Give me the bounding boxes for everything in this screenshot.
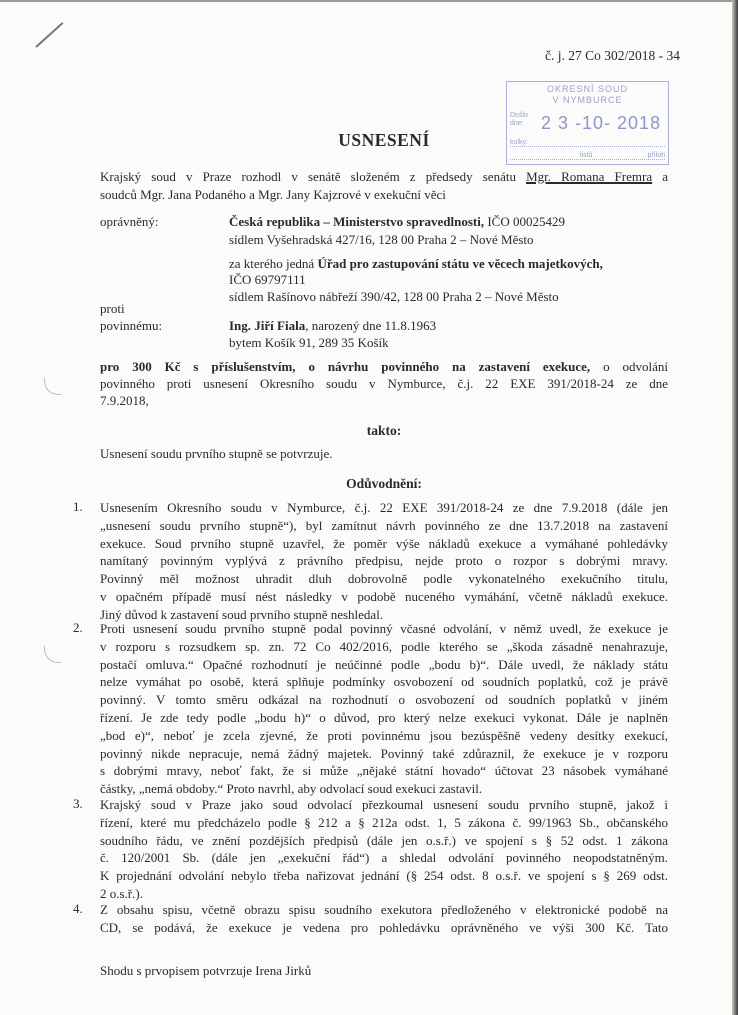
paragraph-4: Z obsahu spisu, včetně obrazu spisu soud… <box>100 901 668 937</box>
representative-address: sídlem Rašínovo nábřeží 390/42, 128 00 P… <box>229 289 559 305</box>
paragraph-line: řízení, které mu předcházelo podle § 212… <box>100 814 668 832</box>
paragraph-number-2: 2. <box>73 620 83 636</box>
intro-conjunction: a <box>662 169 668 184</box>
stamp-attachments-row: listů příloh <box>510 152 665 160</box>
creditor-representative-line: za kterého jedná Úřad pro zastupování st… <box>229 256 603 272</box>
paragraph-number-4: 4. <box>73 901 83 917</box>
stamp-priloh-label: příloh <box>647 152 665 159</box>
document-title: USNESENÍ <box>0 130 738 151</box>
intro-text: Krajský soud v Praze rozhodl v senátě sl… <box>100 169 516 184</box>
creditor-name: Česká republika – Ministerstvo spravedln… <box>229 214 484 229</box>
intro-line-1: Krajský soud v Praze rozhodl v senátě sl… <box>100 168 668 185</box>
reasoning-heading: Odůvodnění: <box>0 476 738 492</box>
pen-mark <box>35 22 63 48</box>
paragraph-line: v opačném případě musí nést následky v p… <box>100 588 668 606</box>
intro-line-2: soudců Mgr. Jana Podaného a Mgr. Jany Ka… <box>100 186 446 203</box>
creditor-address: sídlem Vyšehradská 427/16, 128 00 Praha … <box>229 232 534 248</box>
representative-prefix: za kterého jedná <box>229 256 317 271</box>
creditor-name-line: Česká republika – Ministerstvo spravedln… <box>229 214 565 230</box>
scan-edge-right <box>732 0 738 1015</box>
creditor-ico: IČO 00025429 <box>484 214 565 229</box>
presiding-judge: Mgr. Romana Fremra <box>526 169 652 184</box>
paragraph-line: Z obsahu spisu, včetně obrazu spisu soud… <box>100 901 668 919</box>
paragraph-3: Krajský soud v Praze jako soud odvolací … <box>100 796 668 903</box>
punch-hole-bottom <box>44 646 61 663</box>
debtor-label-proti: proti <box>100 301 125 317</box>
stamp-court-name: OKRESNÍ SOUD <box>507 84 668 94</box>
verdict: Usnesení soudu prvního stupně se potvrzu… <box>100 445 333 462</box>
court-received-stamp: OKRESNÍ SOUD V NYMBURCE Došlo dne: 2 3 -… <box>506 81 669 165</box>
paragraph-line: soudního řádu, ve znění pozdějších předp… <box>100 832 668 850</box>
debtor-birth: , narozený dne 11.8.1963 <box>305 318 436 333</box>
representative-name: Úřad pro zastupování státu ve věcech maj… <box>317 256 602 271</box>
paragraph-line: Krajský soud v Praze jako soud odvolací … <box>100 796 668 814</box>
debtor-name: Ing. Jiří Fiala <box>229 318 305 333</box>
debtor-label: povinnému: <box>100 318 162 334</box>
paragraph-line: exekuce. Soud prvního stupně uzavřel, že… <box>100 535 668 553</box>
paragraph-line: Povinný měl možnost uhradit dluh dobrovo… <box>100 570 668 588</box>
creditor-label: oprávněný: <box>100 214 158 230</box>
paragraph-line: Usnesením Okresního soudu v Nymburce, č.… <box>100 499 668 517</box>
stamp-received-label: Došlo dne: <box>510 112 534 128</box>
punch-hole-top <box>44 378 61 395</box>
paragraph-line: Proti usnesení soudu prvního stupně poda… <box>100 620 668 638</box>
paragraph-line: v rozporu s rozsudkem sp. zn. 72 Co 402/… <box>100 638 668 656</box>
subject-line-3: 7.9.2018, <box>100 392 149 409</box>
paragraph-line: nelze vymáhat po osobě, která splňuje po… <box>100 673 668 691</box>
subject-bold: pro 300 Kč s příslušenstvím, o návrhu po… <box>100 359 590 374</box>
paragraph-line: namítaný povinným vyplývá z právního pře… <box>100 552 668 570</box>
paragraph-line: povinný. V tomto směru odkázal na rozhod… <box>100 691 668 709</box>
paragraph-1: Usnesením Okresního soudu v Nymburce, č.… <box>100 499 668 624</box>
paragraph-line: „usnesení soudu prvního stupně“), byl za… <box>100 517 668 535</box>
representative-ico: IČO 69797111 <box>229 272 306 288</box>
paragraph-line: povinný nikde nepracuje, nemá žádný maje… <box>100 745 668 763</box>
paragraph-number-3: 3. <box>73 796 83 812</box>
debtor-name-line: Ing. Jiří Fiala, narozený dne 11.8.1963 <box>229 318 436 334</box>
subject-line-2: povinného proti usnesení Okresního soudu… <box>100 375 668 392</box>
paragraph-line: řízení. Je zde tedy podle „bodu h)“ o dů… <box>100 709 668 727</box>
scan-edge-top <box>0 0 738 2</box>
subject-rest: o odvolání <box>590 359 668 374</box>
paragraph-number-1: 1. <box>73 499 83 515</box>
debtor-address: bytem Košík 91, 289 35 Košík <box>229 335 389 351</box>
paragraph-line: postačí omluva.“ Opačné rozhodnutí je ne… <box>100 656 668 674</box>
stamp-court-city: V NYMBURCE <box>507 95 668 105</box>
paragraph-line: s dobrými mravy, neboť fakt, že si může … <box>100 762 668 780</box>
paragraph-line: K projednání odvolání nebylo třeba nařiz… <box>100 867 668 885</box>
paragraph-line: č. 120/2001 Sb. (dále jen „exekuční řád“… <box>100 849 668 867</box>
takto-heading: takto: <box>0 423 738 439</box>
reference-number: č. j. 27 Co 302/2018 - 34 <box>545 48 680 64</box>
certification-footer: Shodu s prvopisem potvrzuje Irena Jirků <box>100 963 311 979</box>
paragraph-line: „bod e)“, neboť je zcela zjevné, že prot… <box>100 727 668 745</box>
paragraph-2: Proti usnesení soudu prvního stupně poda… <box>100 620 668 798</box>
paragraph-line: CD, se podává, že exekuce je vedena pro … <box>100 919 668 937</box>
stamp-listu-label: listů <box>580 152 592 159</box>
subject-line-1: pro 300 Kč s příslušenstvím, o návrhu po… <box>100 358 668 375</box>
